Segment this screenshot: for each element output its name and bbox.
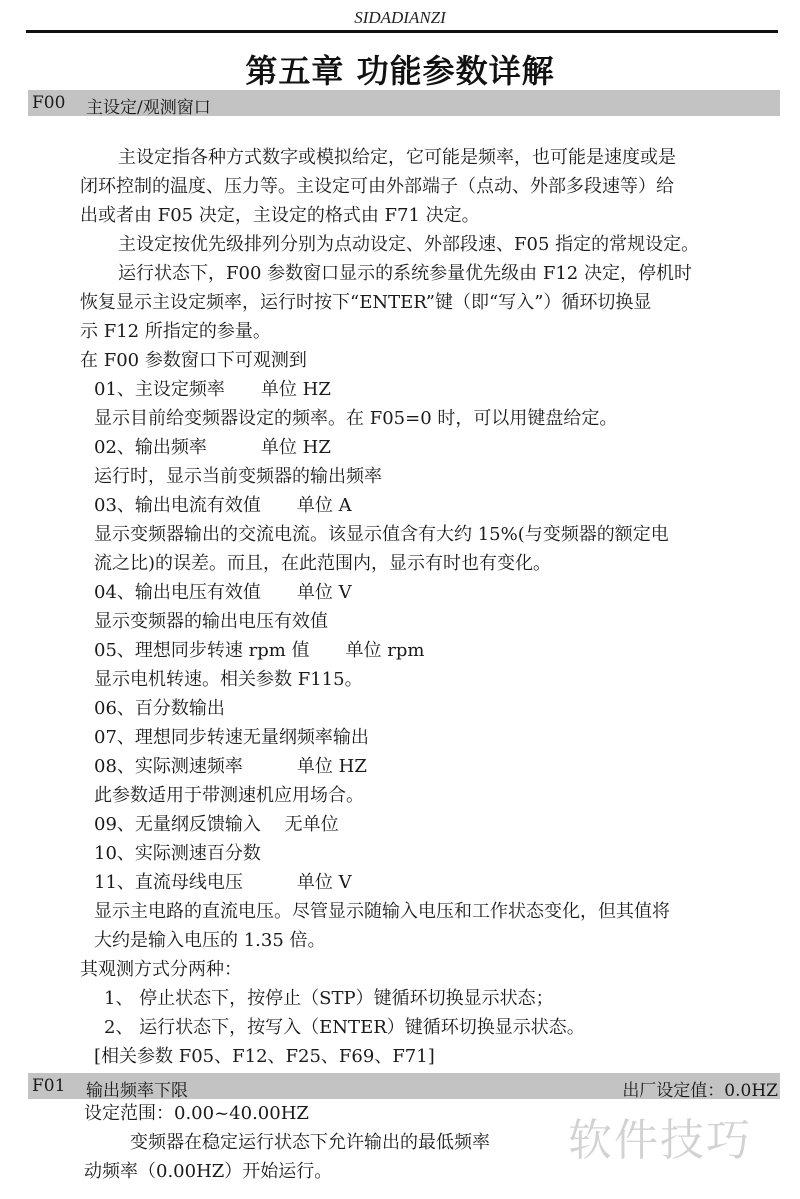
list-item-heading: 09、无量纲反馈输入 无单位 — [94, 814, 339, 836]
header-rule — [26, 30, 778, 33]
paragraph-line: 示 F12 所指定的参量。 — [80, 321, 271, 343]
related-params: [相关参数 F05、F12、F25、F69、F71] — [94, 1046, 435, 1068]
param-title: 输出频率下限 — [86, 1076, 188, 1101]
list-item-desc: 大约是输入电压的 1.35 倍。 — [94, 930, 326, 952]
running-header: SIDADIANZI — [0, 8, 800, 28]
paragraph-line: 动频率（0.00HZ）开始运行。 — [84, 1161, 332, 1183]
paragraph-line: 变频器在稳定运行状态下允许输出的最低频率 — [130, 1132, 490, 1154]
list-item-desc: 显示电机转速。相关参数 F115。 — [94, 669, 363, 691]
list-item-desc: 此参数适用于带测速机应用场合。 — [94, 785, 364, 807]
method-item: 2、 运行状态下，按写入（ENTER）键循环切换显示状态。 — [104, 1017, 585, 1039]
list-item-desc: 显示变频器的输出电压有效值 — [94, 611, 328, 633]
section-bar-f00: F00 主设定/观测窗口 — [28, 90, 780, 116]
section-bar-f01: F01 输出频率下限 出厂设定值：0.0HZ — [28, 1073, 780, 1099]
list-item-heading: 05、理想同步转速 rpm 值 单位 rpm — [94, 640, 424, 662]
list-item-desc: 流之比)的误差。而且，在此范围内，显示有时也有变化。 — [94, 553, 551, 575]
list-item-heading: 02、输出频率 单位 HZ — [94, 437, 331, 459]
setting-range: 设定范围：0.00~40.00HZ — [84, 1103, 309, 1125]
list-item-heading: 03、输出电流有效值 单位 A — [94, 495, 352, 517]
param-code: F01 — [32, 1076, 65, 1096]
paragraph-line: 在 F00 参数窗口下可观测到 — [80, 350, 307, 372]
factory-default: 出厂设定值：0.0HZ — [622, 1076, 778, 1101]
paragraph-line: 运行状态下，F00 参数窗口显示的系统参量优先级由 F12 决定，停机时 — [118, 263, 692, 285]
list-item-heading: 07、理想同步转速无量纲频率输出 — [94, 727, 369, 749]
param-code: F00 — [32, 93, 65, 113]
list-item-heading: 11、直流母线电压 单位 V — [94, 872, 352, 894]
paragraph-line: 主设定指各种方式数字或模拟给定，它可能是频率，也可能是速度或是 — [118, 147, 676, 169]
list-item-heading: 08、实际测速频率 单位 HZ — [94, 756, 367, 778]
list-item-desc: 显示目前给变频器设定的频率。在 F05=0 时，可以用键盘给定。 — [94, 408, 617, 430]
paragraph-line: 恢复显示主设定频率，运行时按下“ENTER”键（即“写入”）循环切换显 — [80, 292, 651, 314]
list-item-heading: 01、主设定频率 单位 HZ — [94, 379, 331, 401]
watermark: 软件技巧 — [568, 1104, 752, 1168]
paragraph-line: 其观测方式分两种： — [80, 959, 242, 981]
list-item-desc: 显示主电路的直流电压。尽管显示随输入电压和工作状态变化，但其值将 — [94, 901, 670, 923]
paragraph-line: 主设定按优先级排列分别为点动设定、外部段速、F05 指定的常规设定。 — [118, 234, 699, 256]
paragraph-line: 出或者由 F05 决定，主设定的格式由 F71 决定。 — [80, 205, 480, 227]
list-item-desc: 运行时，显示当前变频器的输出频率 — [94, 466, 382, 488]
param-title: 主设定/观测窗口 — [86, 93, 211, 118]
list-item-desc: 显示变频器输出的交流电流。该显示值含有大约 15%(与变频器的额定电 — [94, 524, 669, 546]
chapter-title: 第五章 功能参数详解 — [0, 46, 800, 92]
list-item-heading: 10、实际测速百分数 — [94, 843, 261, 865]
list-item-heading: 04、输出电压有效值 单位 V — [94, 582, 352, 604]
method-item: 1、 停止状态下，按停止（STP）键循环切换显示状态； — [104, 988, 554, 1010]
paragraph-line: 闭环控制的温度、压力等。主设定可由外部端子（点动、外部多段速等）给 — [80, 176, 674, 198]
list-item-heading: 06、百分数输出 — [94, 698, 225, 720]
